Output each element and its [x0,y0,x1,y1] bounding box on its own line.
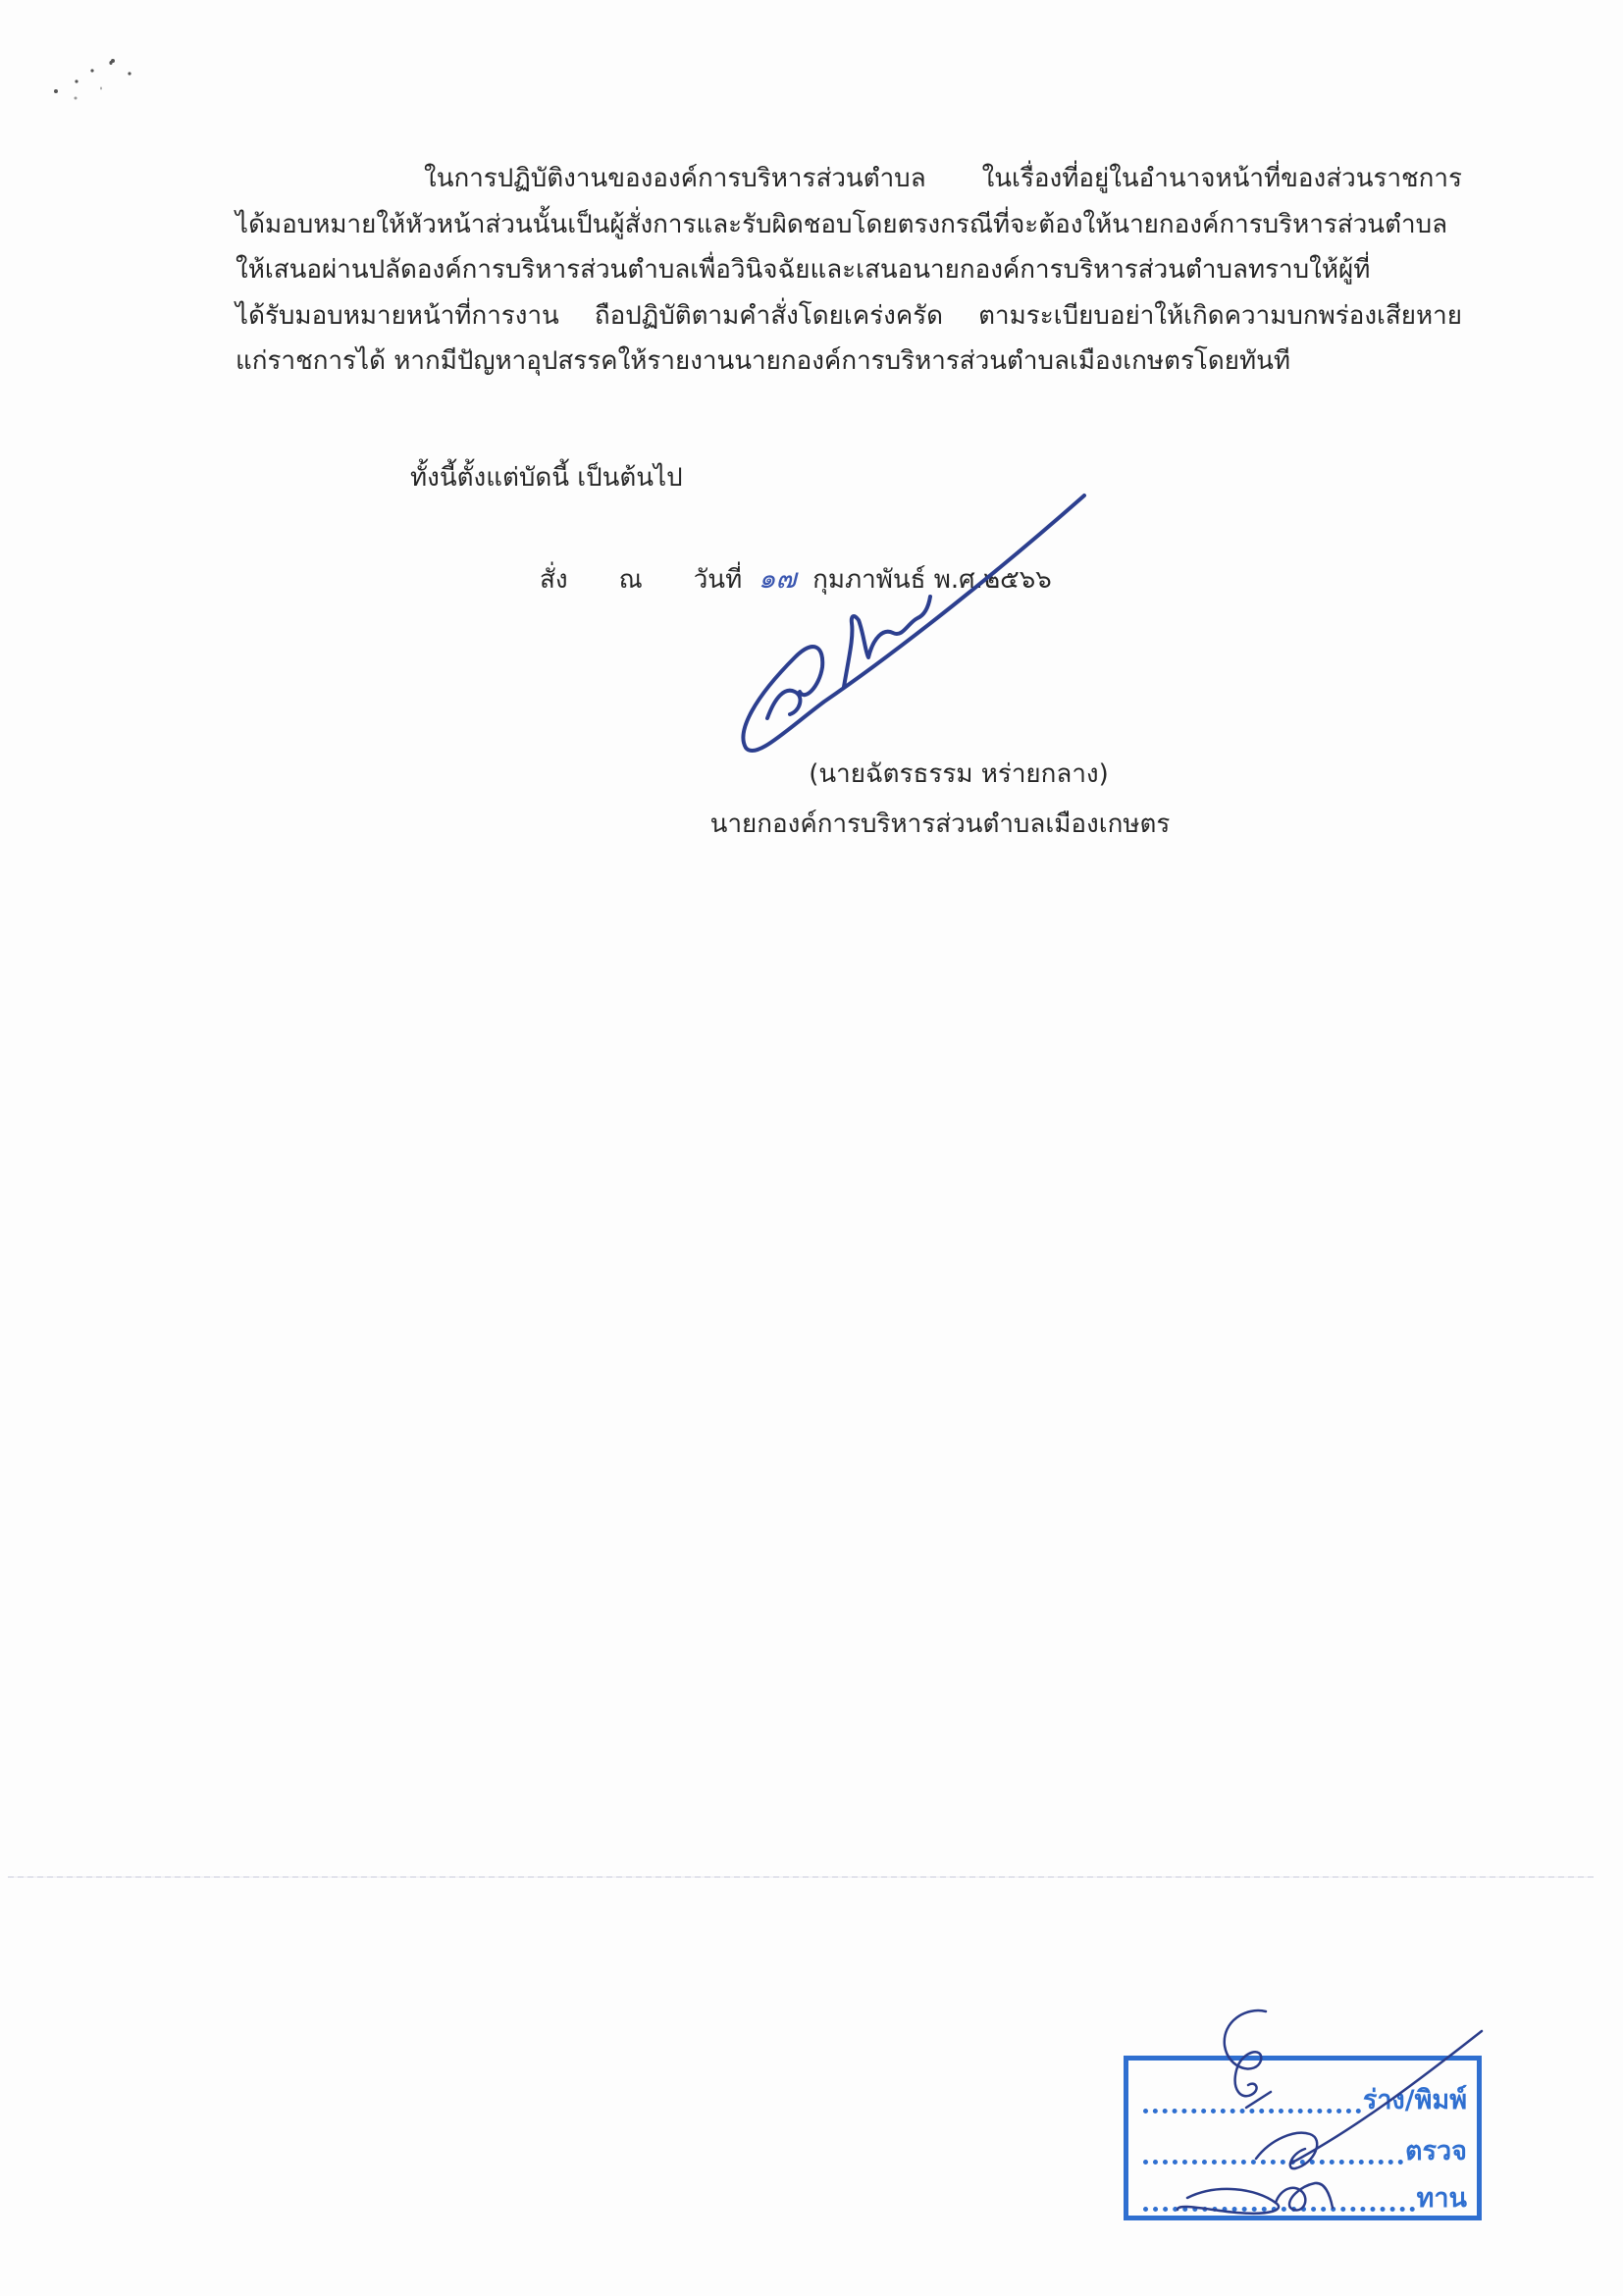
stamp-label-check: ตรวจ [1405,2129,1467,2171]
day-label: วันที่ [694,563,743,597]
scan-artifact-dots [25,59,132,118]
signature-dotted-line [1143,2207,1415,2212]
body-paragraph-line-5: แก่ราชการได้ หากมีปัญหาอุปสรรคให้รายงานน… [236,344,1462,378]
handwritten-day: ๑๗ [759,562,797,596]
closing-statement: ทั้งนี้ตั้งแต่บัดนี้ เป็นต้นไป [410,461,683,495]
scan-divider-line [8,1876,1594,1878]
order-date-line: สั่งณวันที่ ๑๗ กุมภาพันธ์ พ.ศ.๒๕๖๖ [540,562,1052,597]
signature-dotted-line [1143,2109,1361,2113]
stamp-label-draft: ร่าง/พิมพ์ [1363,2078,1467,2120]
at-label: ณ [619,563,643,597]
month-year: กุมภาพันธ์ พ.ศ.๒๕๖๖ [812,563,1052,597]
body-paragraph-line-1: ในการปฏิบัติงานขององค์การบริหารส่วนตำบล … [424,162,1462,195]
stamp-row-check: ตรวจ [1143,2129,1467,2171]
signature-icon [707,491,1119,785]
document-page: ในการปฏิบัติงานขององค์การบริหารส่วนตำบล … [0,0,1623,2296]
body-paragraph-line-2: ได้มอบหมายให้หัวหน้าส่วนนั้นเป็นผู้สั่งก… [236,208,1462,241]
body-paragraph-line-3: ให้เสนอผ่านปลัดองค์การบริหารส่วนตำบลเพื่… [236,253,1462,287]
stamp-label-review: ทาน [1417,2176,1467,2218]
signatory-name: (นายฉัตรธรรม หร่ายกลาง) [0,757,1623,791]
signature-dotted-line [1143,2160,1403,2165]
stamp-row-draft: ร่าง/พิมพ์ [1143,2078,1467,2120]
order-label: สั่ง [540,563,568,597]
stamp-row-review: ทาน [1143,2176,1467,2218]
signatory-title: นายกองค์การบริหารส่วนตำบลเมืองเกษตร [0,808,1623,841]
body-paragraph-line-4: ได้รับมอบหมายหน้าที่การงาน ถือปฏิบัติตาม… [236,299,1462,333]
approval-stamp: ร่าง/พิมพ์ ตรวจ ทาน [1124,2056,1482,2220]
